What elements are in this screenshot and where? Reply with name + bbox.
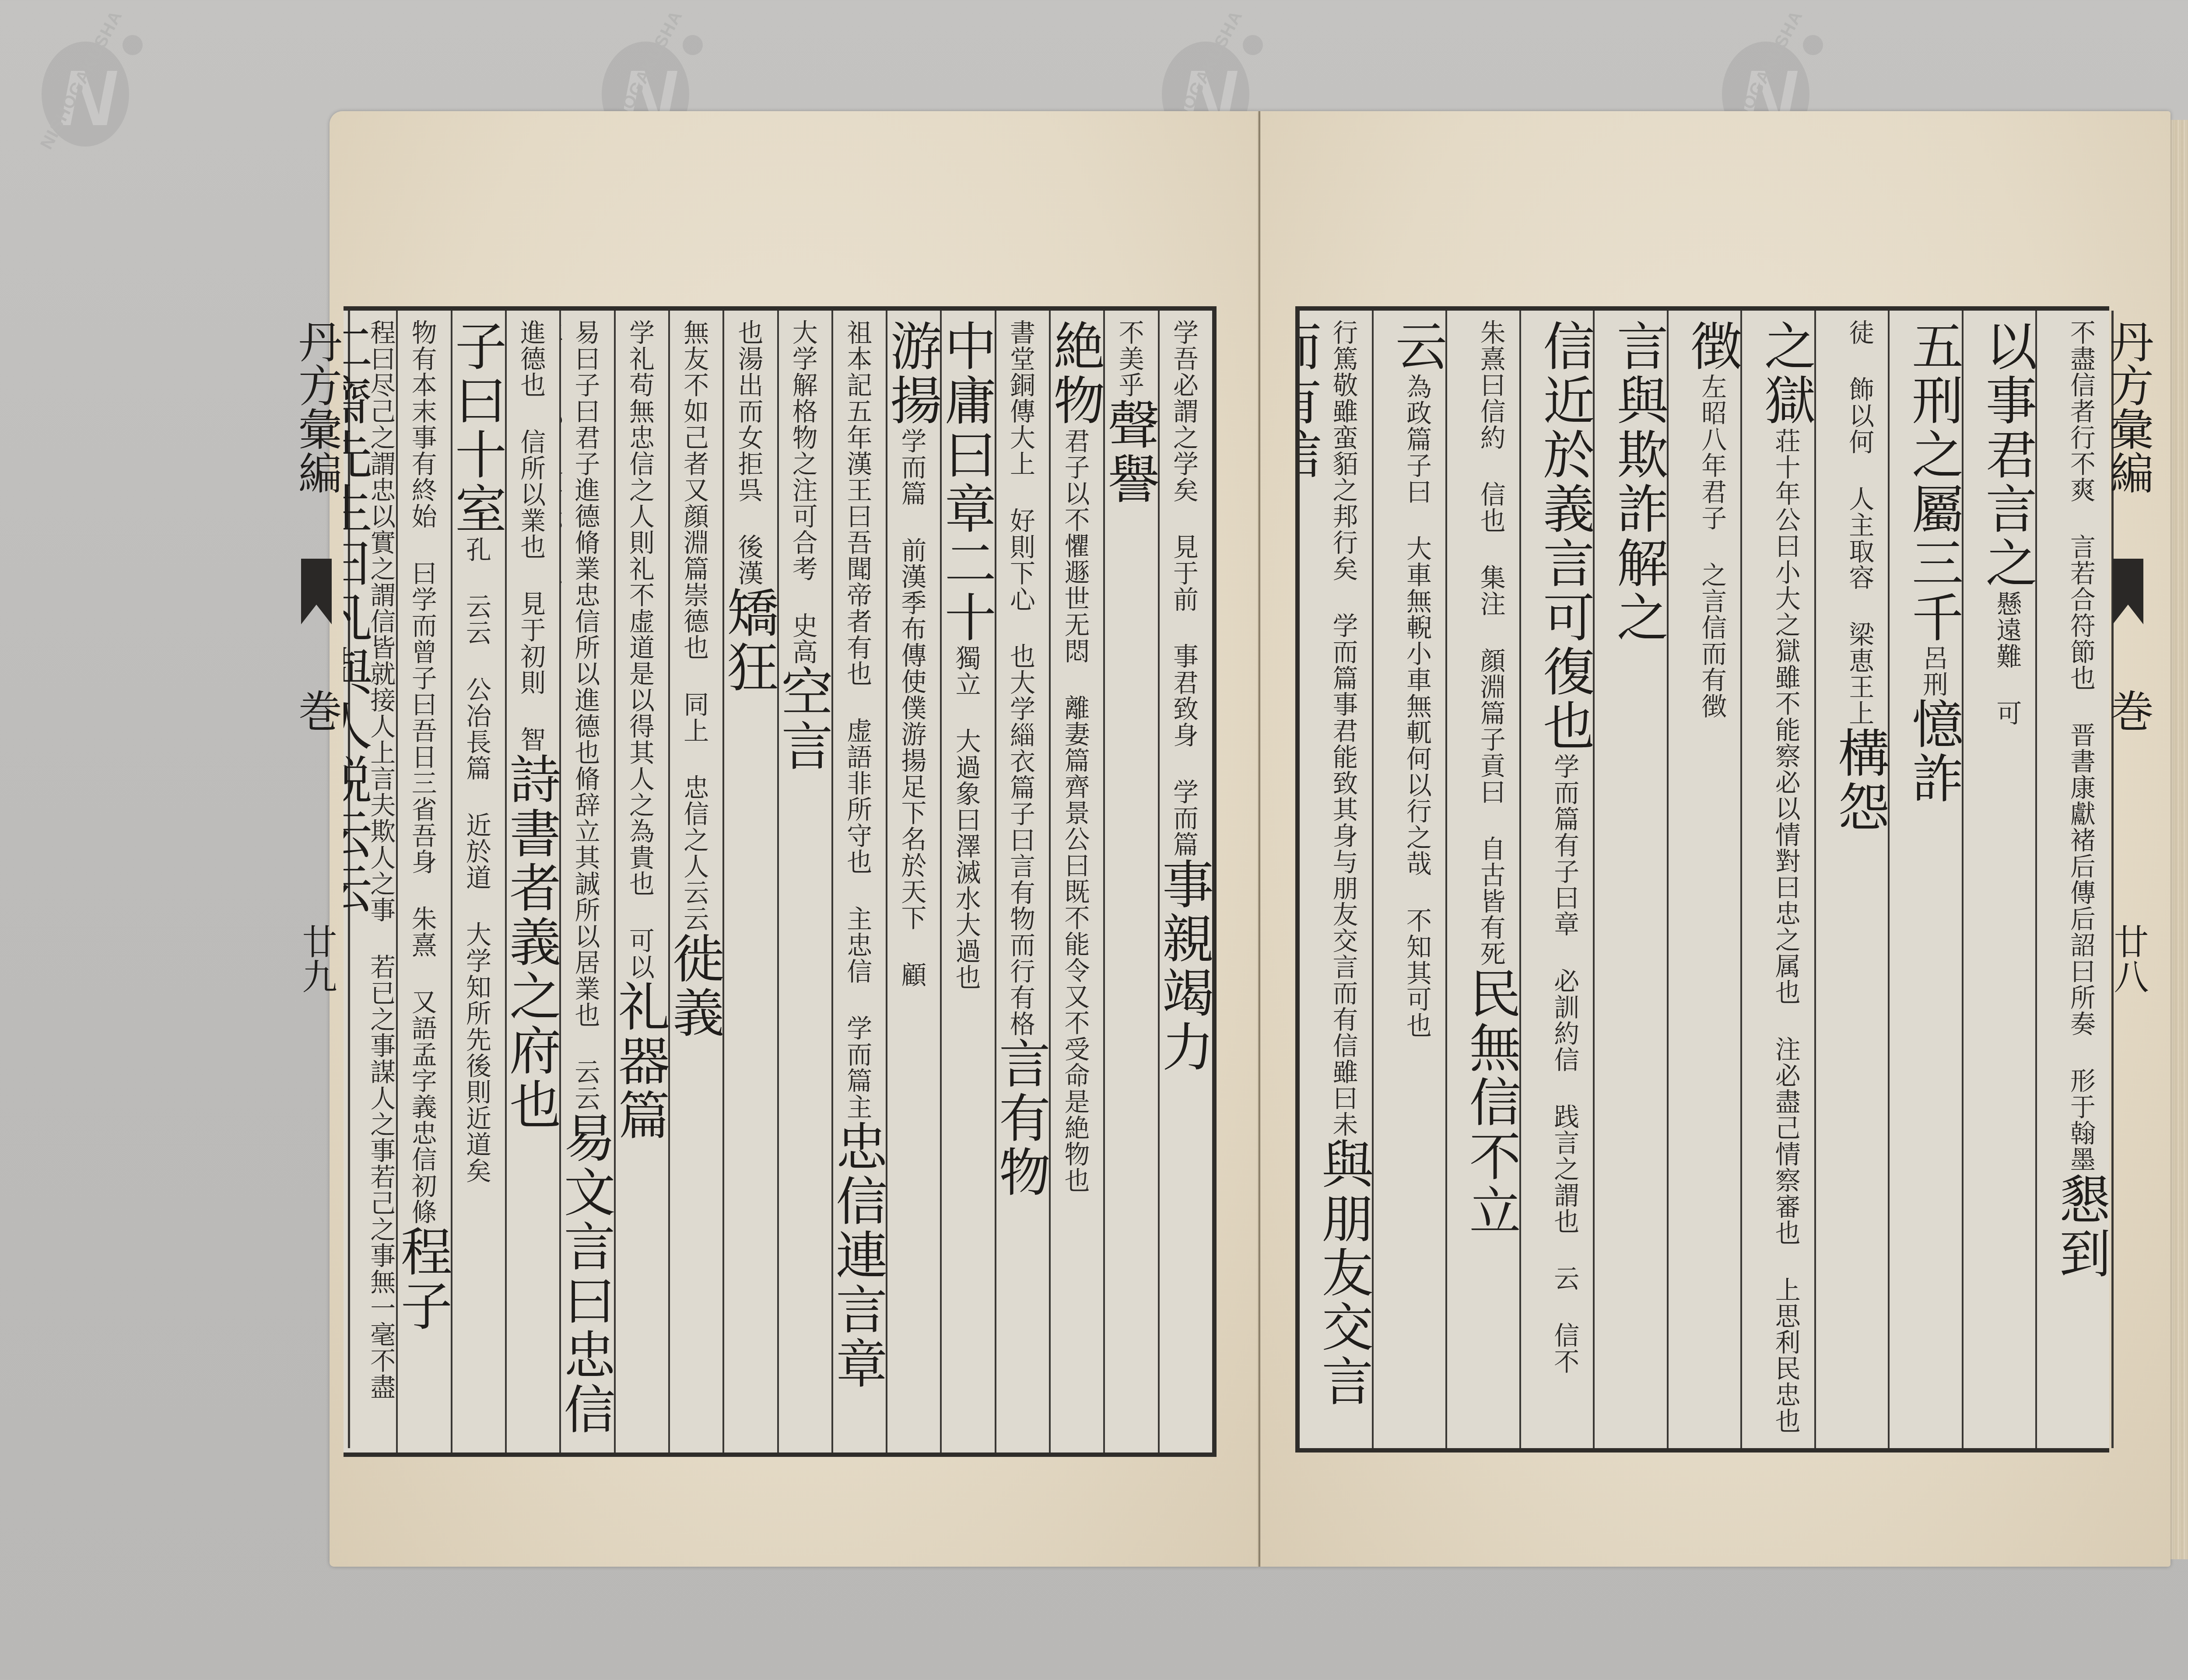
column-annotation: 物有本末事有終始 曰学而曾子曰吾日三省吾身 朱熹 又語孟字義忠信初條 [407,319,437,1225]
column-annotation: 進德也 信所以業也 見于初則 智 [516,319,546,752]
column-annotation: 荘十年公曰小大之獄雖不能察必以情對曰忠之属也 注必盡己情察審也 上思利民忠也 [1771,428,1801,1434]
left-page-margin-strip: 丹方彙編 巻 廿九 [302,311,350,1448]
column-heading: 游揚 [886,319,940,428]
left-page: 丹方彙編 巻 廿九 学吾必謂之学矣 見于前 事君致身 学而篇事親竭力 不美乎聲譽… [330,111,1259,1567]
right-page-number: 廿八 [2108,924,2149,994]
right-strip-title: 丹方彙編 [2103,319,2154,494]
column-annotation: 行篤敬雖蛮貊之邦行矣 学而篇事君能致其身与朋友交言而有信雖曰未 [1329,319,1358,1137]
column-heading: 言與欺詐解之 [1608,319,1667,645]
right-strip-volume: 巻 [2103,689,2154,732]
column-heading: 構怨 [1829,726,1888,835]
watermark-dot [683,35,703,55]
column-annotation: 学吾必謂之学矣 見于前 事君致身 学而篇 [1169,319,1199,857]
text-column: 徴左昭八年君子 之言信而有徴 [1667,311,1741,1448]
text-column: 程曰尽己之謂忠以實之謂信皆就接人上言夫欺人之事 若已之事謀人之事若己之事無一毫不… [344,311,396,1452]
text-column: 学礼苟無忠信之人則礼不虚道是以得其人之為貴也 可以礼器篇 [614,311,668,1452]
column-heading: 徴 [1682,319,1740,374]
column-heading: 信近於義言可復也 [1534,319,1593,753]
text-column: 物有本末事有終始 曰学而曾子曰吾日三省吾身 朱熹 又語孟字義忠信初條程子 [396,311,450,1452]
column-annotation: 不美乎 [1115,319,1144,398]
column-annotation: 朱熹曰信約 信也 集注 顔淵篇子貢曰 自古皆有死 [1476,319,1506,967]
column-heading: 礼器篇 [614,980,668,1143]
text-column: 游揚学而篇 前漢季布傳使僕游揚足下名於天下 顧 [886,311,940,1452]
left-strip-volume: 巻 [291,689,342,732]
column-annotation: 君子以不懼遯世无悶 離妻篇齊景公曰既不能令又不受命是絶物也 [1060,428,1090,1193]
column-heading: 五刑之屬三千 [1903,319,1962,645]
text-column: 以事君言之懸遠難 可 [1962,311,2036,1448]
text-column: 行篤敬雖蛮貊之邦行矣 学而篇事君能致其身与朋友交言而有信雖曰未與朋友交言而有信 [1300,311,1372,1448]
left-strip-title: 丹方彙編 [291,319,342,494]
column-heading: 中庸曰章二十 [940,319,994,645]
text-column: 五刑之屬三千呂刑憶詐 [1888,311,1962,1448]
fish-tail-mark-icon [301,559,332,624]
text-column: 書堂銅傳大上 好則下心 也大学緇衣篇子曰言有物而行有格言有物 [995,311,1049,1452]
open-book: 丹方彙編 巻 廿九 学吾必謂之学矣 見于前 事君致身 学而篇事親竭力 不美乎聲譽… [330,111,2188,1567]
fish-tail-mark-icon [2113,559,2143,624]
book-fore-edge [2167,120,2188,1559]
column-annotation: 書堂銅傳大上 好則下心 也大学緇衣篇子曰言有物而行有格 [1006,319,1035,1037]
column-annotation: 懸遠難 可 [1992,591,2022,726]
text-column: 無友不如己者又顔淵篇崇德也 同上 忠信之人云云徙義 [668,311,722,1452]
column-annotation: 孔 云云 公冶長篇 近於道 大学知所先後則近道矣 [462,536,491,1184]
watermark-dot [1243,35,1263,55]
column-annotation: 徒 飾以何 人主取容 梁恵王上 [1844,319,1874,726]
column-heading: 以事君言之 [1977,319,2035,591]
text-column: 学吾必謂之学矣 見于前 事君致身 学而篇事親竭力 [1158,311,1212,1452]
column-heading: 言有物 [995,1037,1049,1200]
column-annotation: 大学解格物之注可合考 史高 [788,319,818,665]
watermark-dot [123,35,143,55]
text-column: 絶物君子以不懼遯世无悶 離妻篇齊景公曰既不能令又不受命是絶物也 [1049,311,1103,1452]
text-column: 信近於義言可復也学而篇有子曰章 必訓約信 践言之謂也 云 信不 [1519,311,1593,1448]
right-page-columns: 不盡信者行不爽 言若合符節也 晋書康獻褚后傳后詔曰所奏 形于翰墨懇到 以事君言之… [1300,311,2109,1448]
right-page-text-frame: 丹方彙編 巻 廿八 不盡信者行不爽 言若合符節也 晋書康獻褚后傳后詔曰所奏 形于… [1295,306,2109,1452]
column-heading: 絶物 [1049,319,1103,428]
column-heading: 憶詐 [1903,697,1962,806]
text-column: 言與欺詐解之 [1593,311,1667,1448]
text-column: 進德也 信所以業也 見于初則 智詩書者義之府也 [505,311,559,1452]
text-column: 祖本記五年漢王曰吾聞帝者有也 虚語非所守也 主忠信 学而篇主忠信連言章 [831,311,886,1452]
column-heading: 徙義 [668,932,722,1040]
text-column: 不美乎聲譽 [1103,311,1157,1452]
column-heading: 程子 [396,1225,450,1333]
column-annotation: 学而篇有子曰章 必訓約信 践言之謂也 云 信不 [1550,753,1579,1375]
column-annotation: 為政篇子曰 大車無輗小車無軏何以行之哉 不知其可也 [1402,374,1432,1039]
column-heading: 云 [1387,319,1445,374]
text-column: 之獄荘十年公曰小大之獄雖不能察必以情對曰忠之属也 注必盡己情察審也 上思利民忠也 [1740,311,1814,1448]
column-heading: 忠信連言章 [831,1120,886,1391]
column-heading: 事親竭力 [1158,857,1212,1074]
column-heading: 矯狂 [722,586,777,695]
column-annotation: 無友不如己者又顔淵篇崇德也 同上 忠信之人云云 [679,319,709,932]
column-annotation: 左昭八年君子 之言信而有徴 [1697,374,1727,719]
left-page-number: 廿九 [296,924,337,994]
text-column: 子曰十室孔 云云 公冶長篇 近於道 大学知所先後則近道矣 [451,311,505,1452]
left-page-text-frame: 丹方彙編 巻 廿九 学吾必謂之学矣 見于前 事君致身 学而篇事親竭力 不美乎聲譽… [344,306,1217,1457]
text-column: 云為政篇子曰 大車無輗小車無軏何以行之哉 不知其可也 [1372,311,1446,1448]
column-annotation: 祖本記五年漢王曰吾聞帝者有也 虚語非所守也 主忠信 学而篇主 [842,319,872,1120]
column-heading: 空言 [777,665,831,773]
column-heading: 聲譽 [1103,398,1157,507]
right-page: 丹方彙編 巻 廿八 不盡信者行不爽 言若合符節也 晋書康獻褚后傳后詔曰所奏 形于… [1260,111,2170,1567]
text-column: 朱熹曰信約 信也 集注 顔淵篇子貢曰 自古皆有死民無信不立 [1445,311,1519,1448]
column-annotation: 不盡信者行不爽 言若合符節也 晋書康獻褚后傳后詔曰所奏 形于翰墨 [2066,319,2096,1172]
column-heading: 子曰十室 [451,319,505,536]
column-annotation: 呂刑 [1918,645,1948,697]
column-heading: 之獄 [1756,319,1814,428]
column-heading: 懇到 [2051,1172,2109,1281]
column-annotation: 易曰子曰君子進德脩業忠信所以進德也脩辞立其誠所以居業也 云云 [571,319,600,1111]
right-page-margin-strip: 丹方彙編 巻 廿八 [2111,311,2160,1448]
text-column: 易曰子曰君子進德脩業忠信所以進德也脩辞立其誠所以居業也 云云易文言曰忠信所以進德… [559,311,614,1452]
text-column: 不盡信者行不爽 言若合符節也 晋書康獻褚后傳后詔曰所奏 形于翰墨懇到 [2035,311,2109,1448]
text-column: 也湯出而女拒呉 後漢矯狂 [722,311,777,1452]
text-column: 徒 飾以何 人主取容 梁恵王上構怨 [1814,311,1888,1448]
left-page-columns: 学吾必謂之学矣 見于前 事君致身 学而篇事親竭力 不美乎聲譽 絶物君子以不懼遯世… [344,311,1212,1452]
watermark-dot [1803,35,1823,55]
column-annotation: 学而篇 前漢季布傳使僕游揚足下名於天下 顧 [897,428,926,988]
column-annotation: 也湯出而女拒呉 後漢 [734,319,764,586]
text-column: 中庸曰章二十獨立 大過象曰澤滅水大過也 [940,311,994,1452]
text-column: 大学解格物之注可合考 史高空言 [777,311,831,1452]
column-heading: 民無信不立 [1461,967,1519,1238]
column-annotation: 獨立 大過象曰澤滅水大過也 [951,645,981,990]
column-heading: 詩書者義之府也 [505,752,559,1132]
column-heading: 仁齋先生曰凡與人説云云 [344,319,372,916]
watermark-logo: N NISHOGAKUSHA [18,17,149,149]
column-annotation: 学礼苟無忠信之人則礼不虚道是以得其人之為貴也 可以 [625,319,655,980]
